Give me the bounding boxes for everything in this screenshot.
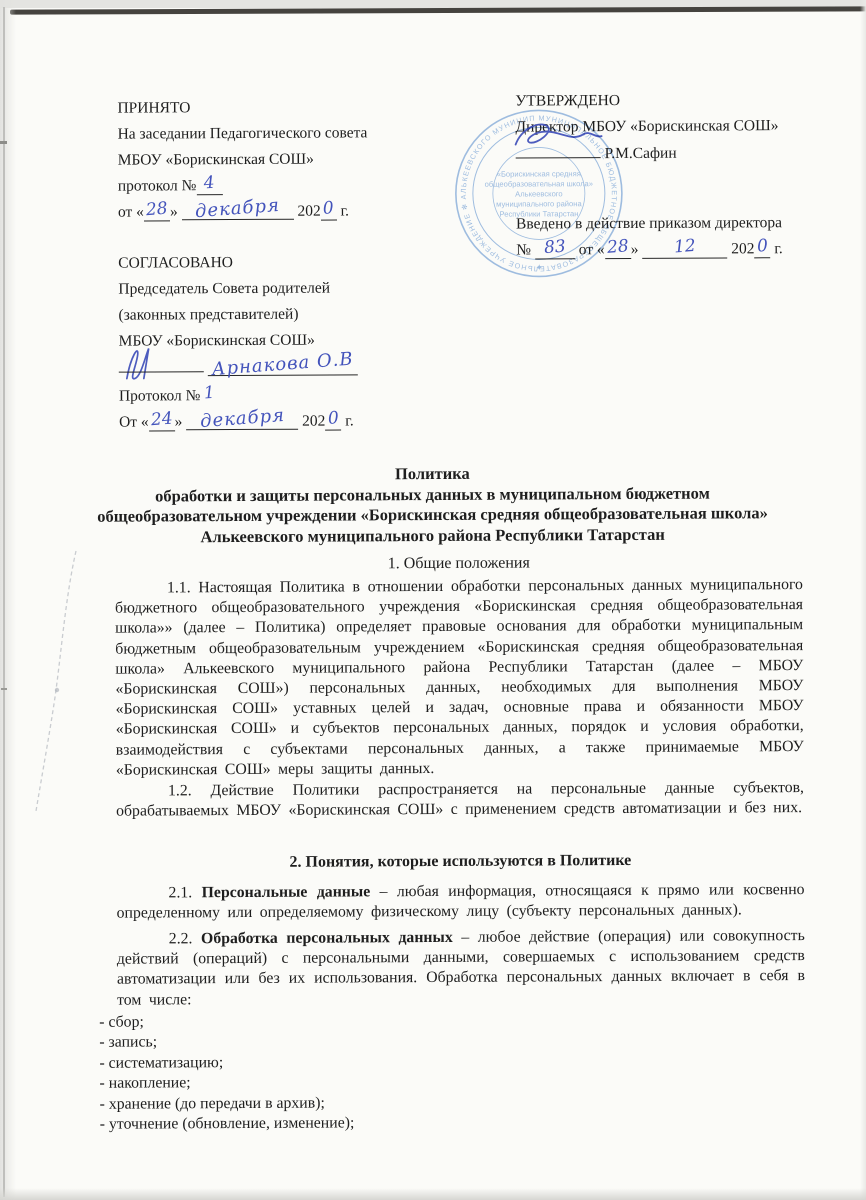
- protocol-label: протокол №: [118, 177, 197, 194]
- paragraph-text: Действие Политики распространяется на пе…: [116, 779, 804, 820]
- stamp-center-line: общеобразовательная школа»: [485, 179, 593, 189]
- accepted-protocol-line: протокол №4: [118, 172, 368, 199]
- document-content: ПРИНЯТО На заседании Педагогического сов…: [0, 0, 866, 1200]
- paragraph-number: 1.1.: [167, 579, 191, 596]
- paragraph-1-1: 1.1. Настоящая Политика в отношении обра…: [115, 575, 804, 781]
- handwritten-year-digit: 0: [756, 238, 768, 256]
- list-item: - запись;: [99, 1032, 354, 1054]
- section-2-heading: 2. Понятия, которые используются в Полит…: [116, 851, 804, 873]
- handwritten-month: декабря: [199, 407, 285, 430]
- stamp-center-line: «Борискинская средняя: [497, 169, 581, 178]
- accepted-block: ПРИНЯТО На заседании Педагогического сов…: [117, 94, 368, 225]
- stamp-center-line: муниципального района: [496, 199, 582, 208]
- paragraph-number: 1.2.: [168, 782, 192, 799]
- section-1-heading: 1. Общие положения: [115, 553, 803, 575]
- month-blank: декабря: [181, 202, 293, 221]
- paragraph-text: Настоящая Политика в отношении обработки…: [115, 576, 804, 778]
- year-suffix: г.: [340, 202, 349, 219]
- handwritten-protocol-number: 1: [203, 380, 216, 407]
- date-label: »: [170, 203, 178, 220]
- paragraph-1-2: 1.2. Действие Политики распространяется …: [116, 778, 804, 822]
- chair-signature-row: Арнакова О.В: [119, 353, 358, 382]
- date-label: от «: [118, 204, 144, 221]
- chair-name-blank: Арнакова О.В: [208, 357, 358, 376]
- stamp-center-line: Алькеевского: [515, 189, 563, 198]
- accepted-heading: ПРИНЯТО: [117, 94, 367, 121]
- agreed-line: Председатель Совета родителей: [118, 275, 357, 302]
- school-round-stamp: МУНИЦИПАЛЬНОЕ БЮДЖЕТНОЕ ОБЩЕОБРАЗОВАТЕЛЬ…: [449, 104, 628, 283]
- accepted-line: МБОУ «Борискинская СОШ»: [118, 146, 368, 173]
- term-bold: Персональные данные: [202, 883, 371, 901]
- year-blank: 0: [754, 240, 770, 258]
- list-item: - накопление;: [99, 1073, 354, 1095]
- paragraph-2-1: 2.1. Персональные данные – любая информа…: [116, 880, 804, 924]
- title-line: общеобразовательном учреждении «Борискин…: [68, 503, 798, 527]
- year-blank: 0: [325, 412, 341, 430]
- agreed-protocol-line: Протокол № 1: [119, 381, 358, 409]
- year-label: 202: [302, 413, 325, 430]
- paragraph-number: 2.2.: [169, 930, 193, 947]
- year-suffix: г.: [345, 412, 354, 429]
- handwritten-protocol-number: 4: [203, 175, 215, 193]
- handwritten-month: декабря: [195, 197, 281, 220]
- paragraph-number: 2.1.: [168, 884, 192, 901]
- handwritten-month: 12: [673, 238, 696, 257]
- year-label: 202: [731, 240, 754, 257]
- stamp-center-line: Республики Татарстан: [500, 209, 579, 218]
- scanned-document-page: ПРИНЯТО На заседании Педагогического сов…: [0, 0, 866, 1200]
- day-blank: 28: [144, 203, 170, 221]
- accepted-date-line: от «28» декабря 2020 г.: [118, 198, 368, 225]
- date-label: »: [631, 241, 639, 258]
- list-item: - хранение (до передачи в архив);: [100, 1093, 355, 1115]
- date-label: От «: [119, 413, 149, 430]
- protocol-number-blank: 4: [196, 177, 222, 195]
- handwritten-year-digit: 0: [327, 410, 339, 428]
- year-label: 202: [297, 203, 320, 220]
- handwritten-chair-name: Арнакова О.В: [211, 350, 354, 378]
- title-line: Алькеевского муниципального района Респу…: [68, 524, 798, 548]
- agreed-date-line: От «24» декабря 2020 г.: [119, 408, 358, 435]
- month-blank: 12: [642, 240, 727, 258]
- handwritten-year-digit: 0: [323, 200, 335, 218]
- paragraph-2-2: 2.2. Обработка персональных данных – люб…: [117, 926, 805, 1010]
- month-blank: декабря: [186, 412, 298, 431]
- agreed-line: (законных представителей): [118, 301, 357, 328]
- chair-signature-blank: [119, 354, 204, 372]
- year-blank: 0: [321, 202, 337, 220]
- date-label: »: [175, 413, 183, 430]
- protocol-label: Протокол №: [119, 387, 201, 404]
- processing-actions-list: - сбор; - запись; - систематизацию; - на…: [99, 1011, 354, 1135]
- accepted-line: На заседании Педагогического совета: [117, 120, 367, 147]
- agreed-block: СОГЛАСОВАНО Председатель Совета родителе…: [118, 249, 358, 435]
- term-bold: Обработка персональных данных: [201, 929, 453, 947]
- agreed-heading: СОГЛАСОВАНО: [118, 249, 357, 276]
- list-item: - сбор;: [99, 1011, 354, 1033]
- list-item: - систематизацию;: [99, 1052, 354, 1074]
- handwritten-day: 28: [145, 201, 168, 220]
- handwritten-day: 24: [150, 411, 173, 430]
- list-item: - уточнение (обновление, изменение);: [100, 1113, 355, 1135]
- stamp-star-icon: ✦: [535, 262, 543, 272]
- year-suffix: г.: [774, 240, 783, 257]
- day-blank: 24: [149, 413, 175, 431]
- document-title: Политика обработки и защиты персональных…: [67, 462, 797, 548]
